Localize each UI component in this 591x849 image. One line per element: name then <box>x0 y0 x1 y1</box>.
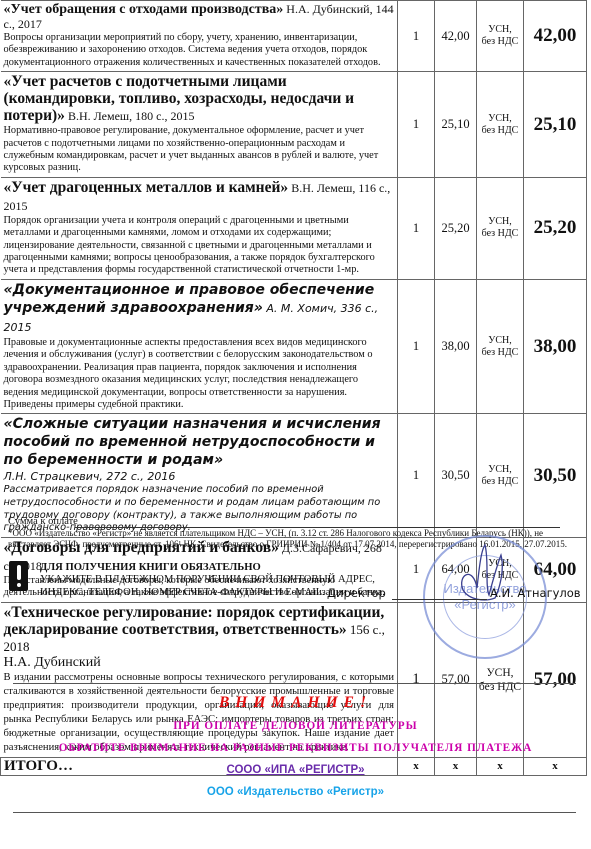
book-description: Порядок организации учета и контроля опе… <box>4 215 395 277</box>
warning-line: укажите в платежном поручении свой почто… <box>40 574 375 586</box>
book-description-cell: «Учет расчетов с подотчетными лицами (ко… <box>1 72 398 178</box>
table-row: «Учет расчетов с подотчетными лицами (ко… <box>1 72 587 178</box>
price-cell: 25,20 <box>435 177 477 279</box>
company-name-registr: ООО «Издательство «Регистр» <box>0 786 591 798</box>
book-description: Правовые и документационные аспекты пред… <box>4 337 395 411</box>
divider <box>13 812 576 813</box>
tax-line: УСН, <box>477 666 523 680</box>
table-row: «Учет обращения с отходами производства»… <box>1 1 587 72</box>
tax-line: УСН, <box>477 464 523 476</box>
price-cell: 25,10 <box>435 72 477 178</box>
company-link-ipa-registr[interactable]: СООО «ИПА «РЕГИСТР» <box>0 764 591 776</box>
book-author: Л.Н. Страцкевич, 272 с., 2016 <box>4 469 395 484</box>
qty-cell: 1 <box>398 1 435 72</box>
qty-cell: 1 <box>398 72 435 178</box>
tax-line: УСН, <box>477 24 523 36</box>
company-link-text[interactable]: СООО «ИПА «РЕГИСТР» <box>226 764 364 776</box>
book-description: Вопросы организации мероприятий по сбору… <box>4 32 395 69</box>
tax-cell: УСН,без НДС <box>477 279 524 413</box>
book-title: «Сложные ситуации назначения и исчислени… <box>4 415 395 469</box>
price-cell: 38,00 <box>435 279 477 413</box>
sum-cell: 30,50 <box>524 414 587 537</box>
tax-line: без НДС <box>477 347 523 359</box>
book-description: Нормативно-правовое регулирование, докум… <box>4 125 395 175</box>
book-author: В.Н. Лемеш, 180 с., 2015 <box>65 109 195 123</box>
book-author: Н.А. Дубинский <box>4 655 395 671</box>
book-title: «Учет обращения с отходами производства» <box>4 2 284 17</box>
delivery-warning: Для получения книги обязательно укажите … <box>40 562 375 599</box>
signature-line <box>392 599 487 600</box>
book-description-cell: «Техническое регулирование: порядок серт… <box>1 602 398 757</box>
warning-line: индекс, телефон, номер счета-фактуры и e… <box>40 587 375 599</box>
sum-cell: 25,20 <box>524 177 587 279</box>
tax-cell: УСН,без НДС <box>477 177 524 279</box>
director-name: А.И. Атнагулов <box>490 586 581 600</box>
tax-line: без НДС <box>477 228 523 240</box>
table-row: «Документационное и правовое обеспечение… <box>1 279 587 413</box>
tax-line: без НДС <box>477 476 523 488</box>
sum-cell: 38,00 <box>524 279 587 413</box>
book-title: «Учет драгоценных металлов и камней» <box>4 179 289 196</box>
table-row: «Учет драгоценных металлов и камней» В.Н… <box>1 177 587 279</box>
exclamation-icon <box>9 561 28 591</box>
attention-line: ОБРАТИТЕ ВНИМАНИЕ НА РАЗНЫЕ РЕКВИЗИТЫ ПО… <box>0 742 591 754</box>
sum-cell: 25,10 <box>524 72 587 178</box>
tax-line: УСН, <box>477 335 523 347</box>
book-description-cell: «Учет драгоценных металлов и камней» В.Н… <box>1 177 398 279</box>
tax-line: без НДС <box>477 680 523 694</box>
sum-to-pay: Сумма к оплате <box>8 516 78 527</box>
sum-cell: 42,00 <box>524 1 587 72</box>
book-description-cell: «Учет обращения с отходами производства»… <box>1 1 398 72</box>
qty-cell: 1 <box>398 177 435 279</box>
tax-line: без НДС <box>477 36 523 48</box>
price-cell: 42,00 <box>435 1 477 72</box>
divider <box>13 683 576 684</box>
book-title: «Техническое регулирование: порядок серт… <box>4 604 385 638</box>
tax-cell: УСН,без НДС <box>477 1 524 72</box>
tax-cell: УСН,без НДС <box>477 414 524 537</box>
tax-cell: УСН,без НДС <box>477 72 524 178</box>
qty-cell: 1 <box>398 414 435 537</box>
book-description-cell: «Документационное и правовое обеспечение… <box>1 279 398 413</box>
table-row: «Сложные ситуации назначения и исчислени… <box>1 414 587 537</box>
sum-to-pay-label: Сумма к оплате <box>8 516 78 527</box>
tax-line: без НДС <box>477 125 523 137</box>
price-cell: 30,50 <box>435 414 477 537</box>
qty-cell: 1 <box>398 279 435 413</box>
tax-line: УСН, <box>477 113 523 125</box>
warning-heading: Для получения книги обязательно <box>40 562 375 574</box>
tax-line: УСН, <box>477 216 523 228</box>
attention-line: ПРИ ОПЛАТЕ ДЕЛОВОЙ ЛИТЕРАТУРЫ <box>0 720 591 732</box>
order-table: «Учет обращения с отходами производства»… <box>0 0 587 776</box>
director-label: Директор <box>327 586 386 600</box>
attention-heading: ВНИМАНИЕ! <box>0 694 591 712</box>
